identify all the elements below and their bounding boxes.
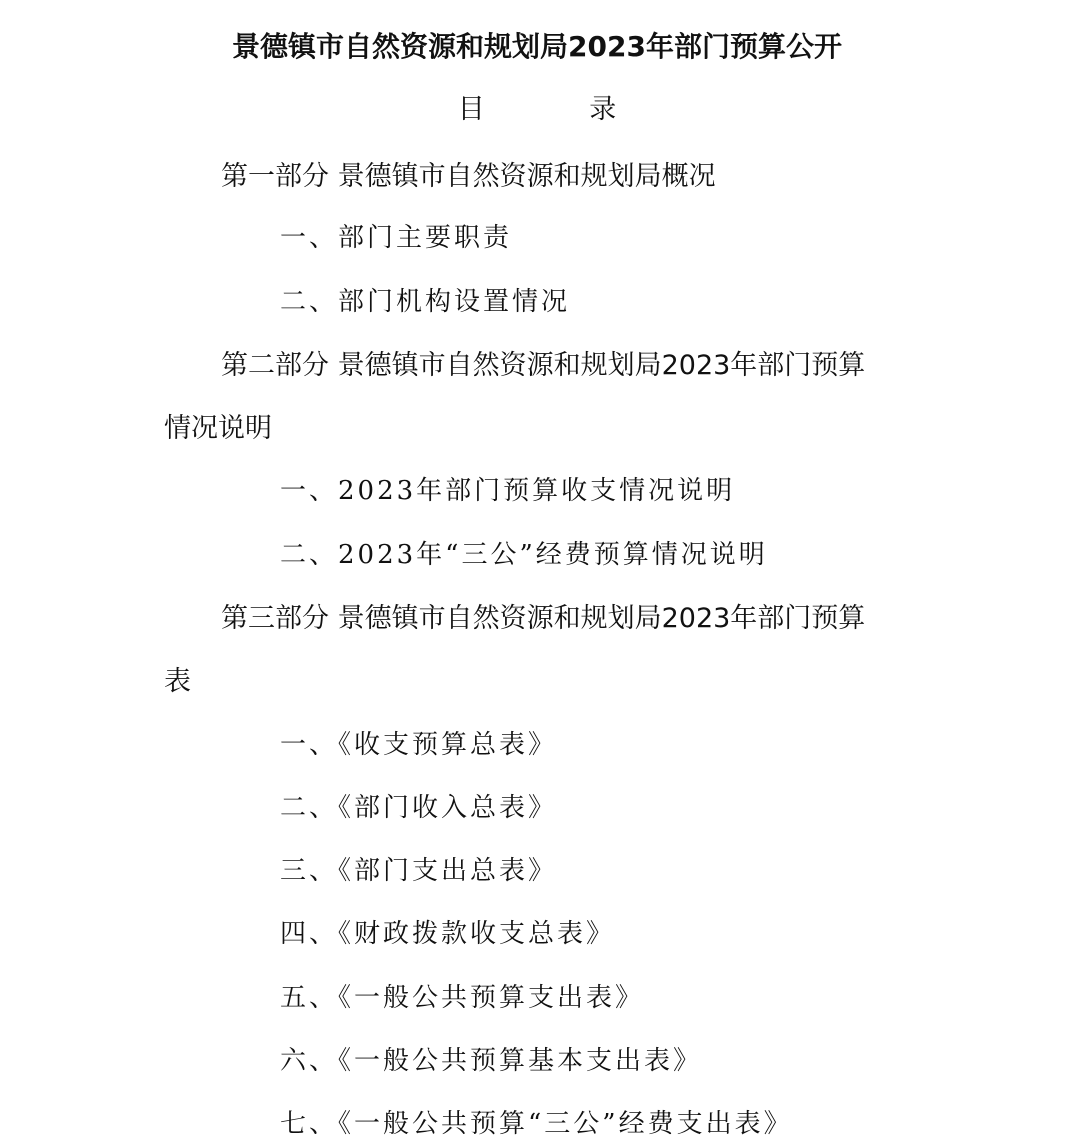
toc-part-3-heading: 第三部分 景德镇市自然资源和规划局2023年部门预算 xyxy=(221,605,865,632)
toc-item: 一、《收支预算总表》 xyxy=(280,732,557,758)
toc-item: 一、部门主要职责 xyxy=(280,225,512,251)
toc-item: 二、部门机构设置情况 xyxy=(280,289,570,315)
toc-item: 七、《一般公共预算“三公”经费支出表》 xyxy=(280,1111,793,1137)
toc-heading: 目 录 xyxy=(0,96,1074,123)
toc-part-1-heading: 第一部分 景德镇市自然资源和规划局概况 xyxy=(221,163,716,190)
toc-item: 二、《部门收入总表》 xyxy=(280,795,557,821)
toc-item: 一、2023年部门预算收支情况说明 xyxy=(280,478,735,504)
toc-item: 四、《财政拨款收支总表》 xyxy=(280,921,615,947)
toc-part-3-heading-cont: 表 xyxy=(164,668,191,695)
document-title: 景德镇市自然资源和规划局2023年部门预算公开 xyxy=(0,33,1074,61)
toc-part-2-heading: 第二部分 景德镇市自然资源和规划局2023年部门预算 xyxy=(221,352,865,379)
toc-item: 五、《一般公共预算支出表》 xyxy=(280,985,644,1011)
toc-item: 二、2023年“三公”经费预算情况说明 xyxy=(280,542,768,568)
toc-part-2-heading-cont: 情况说明 xyxy=(164,415,272,442)
toc-item: 三、《部门支出总表》 xyxy=(280,858,557,884)
toc-item: 六、《一般公共预算基本支出表》 xyxy=(280,1048,702,1074)
